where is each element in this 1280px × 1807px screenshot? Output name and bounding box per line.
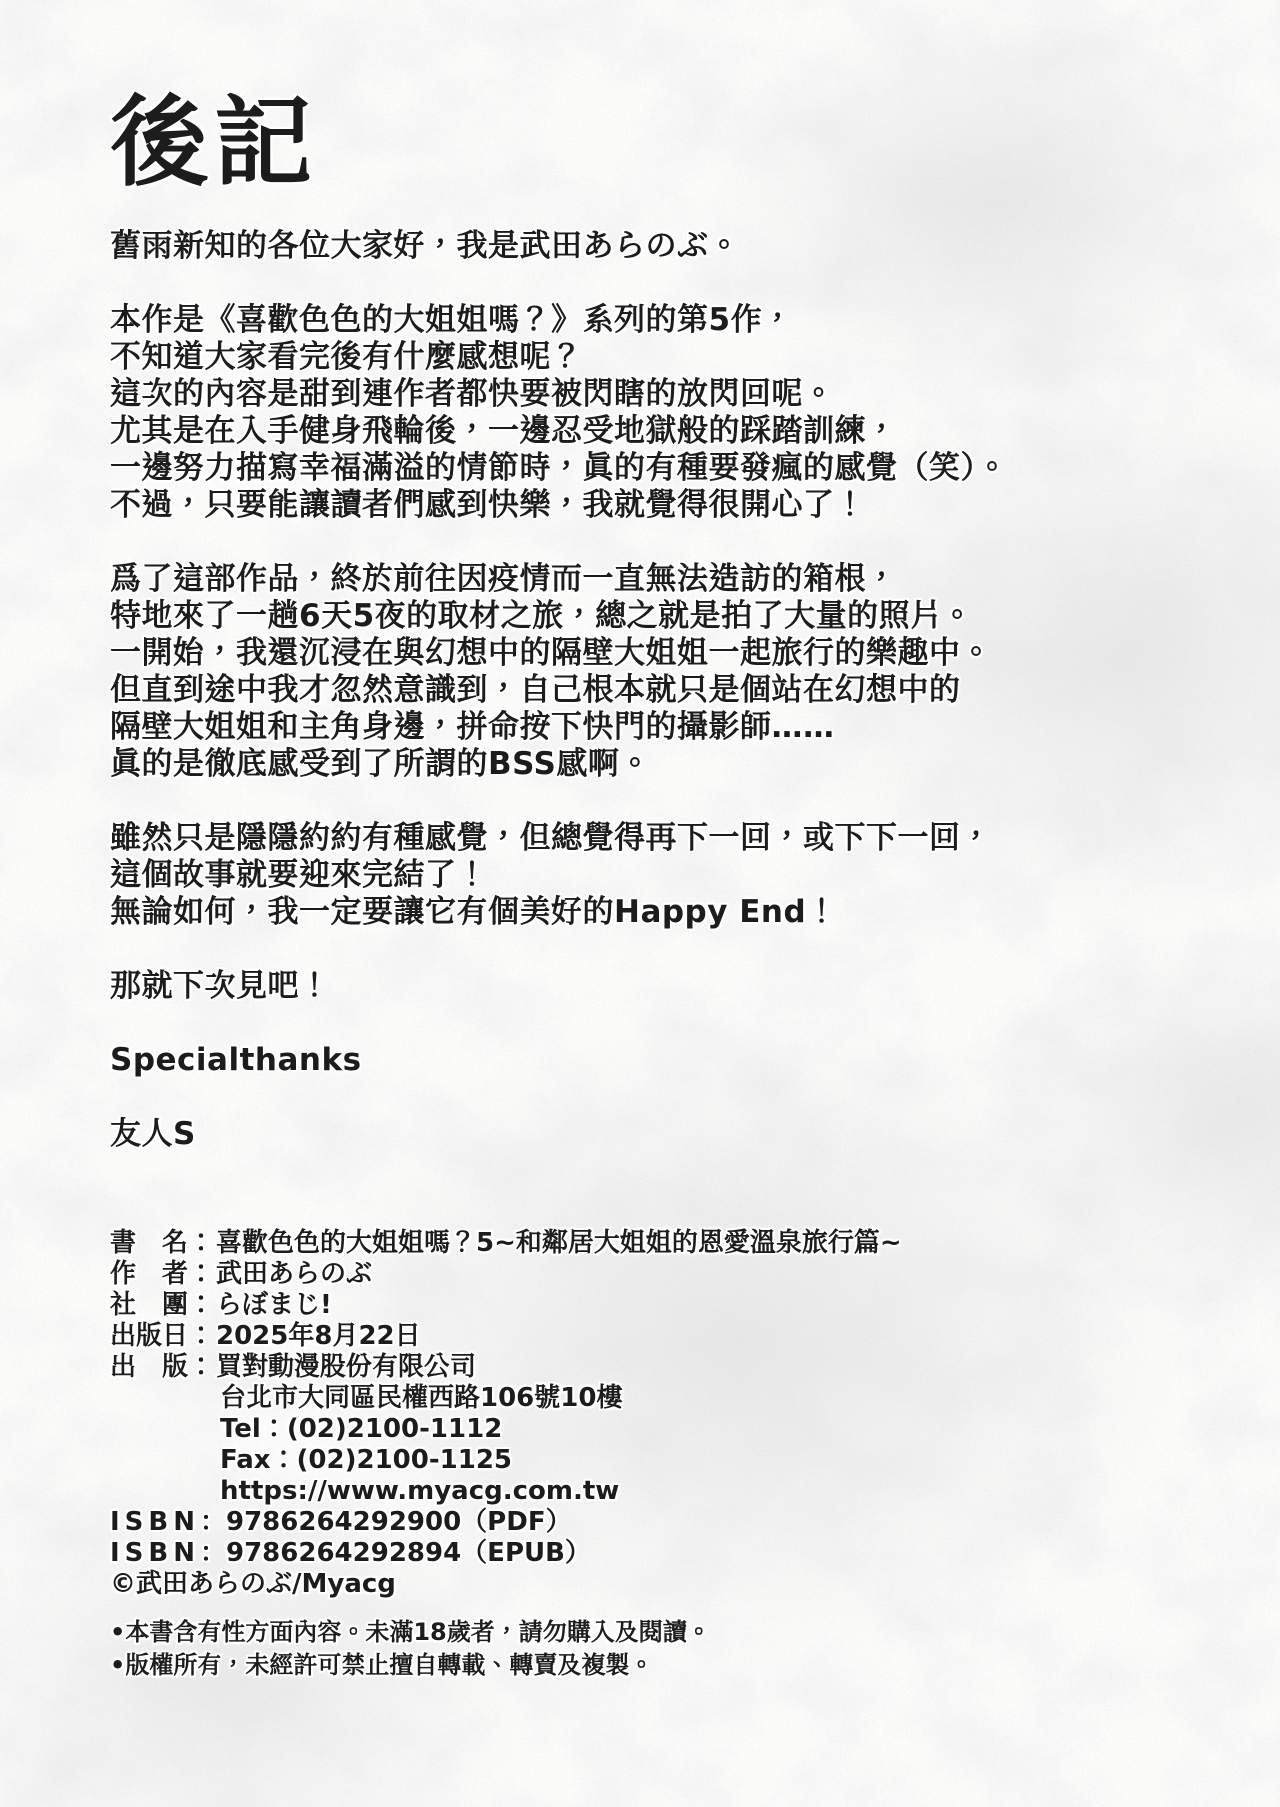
afterword-line: 隔壁大姐姐和主角身邊，拼命按下快門的攝影師…… (110, 709, 1200, 746)
colophon-value: 買對動漫股份有限公司 (216, 1352, 476, 1383)
colophon-label: 社 團： (110, 1290, 216, 1321)
colophon-label: 作 者： (110, 1259, 216, 1290)
colophon-row-circle: 社 團： らぼまじ! (110, 1290, 1200, 1321)
afterword-line: 雖然只是隱隱約約有種感覺，但總覺得再下一回，或下下一回， (110, 820, 1200, 857)
isbn-colon: ： (200, 1507, 226, 1538)
page-title: 後記 (110, 88, 1200, 198)
afterword-line: 特地來了一趟6天5夜的取材之旅，總之就是拍了大量的照片。 (110, 598, 1200, 635)
colophon-row-book-title: 書 名： 喜歡色色的大姐姐嗎？5~和鄰居大姐姐的恩愛溫泉旅行篇~ (110, 1228, 1200, 1259)
trip-paragraph: 爲了這部作品，終於前往因疫情而一直無法造訪的箱根， 特地來了一趟6天5夜的取材之… (110, 561, 1200, 783)
afterword-line: 舊雨新知的各位大家好，我是武田あらのぶ。 (110, 228, 1200, 265)
colophon-row-author: 作 者： 武田あらのぶ (110, 1259, 1200, 1290)
afterword-line: 不知道大家看完後有什麼感想呢？ (110, 339, 1200, 376)
afterword-line: 一開始，我還沉浸在與幻想中的隔壁大姐姐一起旅行的樂趣中。 (110, 635, 1200, 672)
isbn-line-pdf: ISBN：9786264292900（PDF） (110, 1507, 1200, 1538)
isbn-line-epub: ISBN：9786264292894（EPUB） (110, 1538, 1200, 1569)
colophon-label: 書 名： (110, 1228, 216, 1259)
isbn-label: ISBN (110, 1507, 200, 1538)
afterword-content: 後記 舊雨新知的各位大家好，我是武田あらのぶ。 本作是《喜歡色色的大姐姐嗎？》系… (0, 0, 1280, 1682)
colophon-value: らぼまじ! (216, 1290, 332, 1321)
isbn-colon: ： (200, 1538, 226, 1569)
greeting-paragraph: 舊雨新知的各位大家好，我是武田あらのぶ。 (110, 228, 1200, 265)
isbn-value: 9786264292900（PDF） (226, 1507, 572, 1538)
afterword-line: 無論如何，我一定要讓它有個美好的Happy End！ (110, 894, 1200, 931)
colophon-row-publisher: 出 版： 買對動漫股份有限公司 (110, 1352, 1200, 1383)
afterword-line: 爲了這部作品，終於前往因疫情而一直無法造訪的箱根， (110, 561, 1200, 598)
afterword-line: 這次的內容是甜到連作者都快要被閃瞎的放閃回呢。 (110, 376, 1200, 413)
afterword-line: 尤其是在入手健身飛輪後，一邊忍受地獄般的踩踏訓練， (110, 413, 1200, 450)
special-thanks-names: 友人S (110, 1116, 1200, 1153)
notice-copyright: •版權所有，未經許可禁止擅自轉載、轉賣及複製。 (110, 1649, 1200, 1682)
publisher-tel: Tel：(02)2100-1112 (110, 1414, 1200, 1445)
notice-adult-content: •本書含有性方面內容。未滿18歲者，請勿購入及閱讀。 (110, 1616, 1200, 1649)
publisher-url: https://www.myacg.com.tw (110, 1476, 1200, 1507)
colophon-value: 喜歡色色的大姐姐嗎？5~和鄰居大姐姐的恩愛溫泉旅行篇~ (216, 1228, 902, 1259)
colophon-value: 2025年8月22日 (216, 1321, 421, 1352)
notices: •本書含有性方面內容。未滿18歲者，請勿購入及閱讀。 •版權所有，未經許可禁止擅… (110, 1616, 1200, 1682)
colophon: 書 名： 喜歡色色的大姐姐嗎？5~和鄰居大姐姐的恩愛溫泉旅行篇~ 作 者： 武田… (110, 1228, 1200, 1682)
special-thanks-name: 友人S (110, 1116, 1200, 1153)
closing-line: 那就下次見吧！ (110, 968, 1200, 1005)
isbn-value: 9786264292894（EPUB） (226, 1538, 591, 1569)
afterword-line: 本作是《喜歡色色的大姐姐嗎？》系列的第5作， (110, 302, 1200, 339)
special-thanks-label: Specialthanks (110, 1042, 1200, 1079)
afterword-line: 這個故事就要迎來完結了！ (110, 857, 1200, 894)
publisher-fax: Fax：(02)2100-1125 (110, 1445, 1200, 1476)
afterword-line: 眞的是徹底感受到了所謂的BSS感啊。 (110, 746, 1200, 783)
colophon-label: 出版日： (110, 1321, 216, 1352)
afterword-line: 不過，只要能讓讀者們感到快樂，我就覺得很開心了！ (110, 487, 1200, 524)
afterword-page: 後記 舊雨新知的各位大家好，我是武田あらのぶ。 本作是《喜歡色色的大姐姐嗎？》系… (0, 0, 1280, 1807)
ending-paragraph: 雖然只是隱隱約約有種感覺，但總覺得再下一回，或下下一回， 這個故事就要迎來完結了… (110, 820, 1200, 931)
colophon-label: 出 版： (110, 1352, 216, 1383)
copyright-line: ©武田あらのぶ/Myacg (110, 1569, 1200, 1600)
special-thanks-section: Specialthanks (110, 1042, 1200, 1079)
afterword-line: 一邊努力描寫幸福滿溢的情節時，眞的有種要發瘋的感覺（笑）。 (110, 450, 1200, 487)
colophon-value: 武田あらのぶ (216, 1259, 372, 1290)
closing-paragraph: 那就下次見吧！ (110, 968, 1200, 1005)
colophon-row-pubdate: 出版日： 2025年8月22日 (110, 1321, 1200, 1352)
isbn-label: ISBN (110, 1538, 200, 1569)
series-paragraph: 本作是《喜歡色色的大姐姐嗎？》系列的第5作， 不知道大家看完後有什麼感想呢？ 這… (110, 302, 1200, 524)
publisher-address: 台北市大同區民權西路106號10樓 (110, 1383, 1200, 1414)
afterword-line: 但直到途中我才忽然意識到，自己根本就只是個站在幻想中的 (110, 672, 1200, 709)
